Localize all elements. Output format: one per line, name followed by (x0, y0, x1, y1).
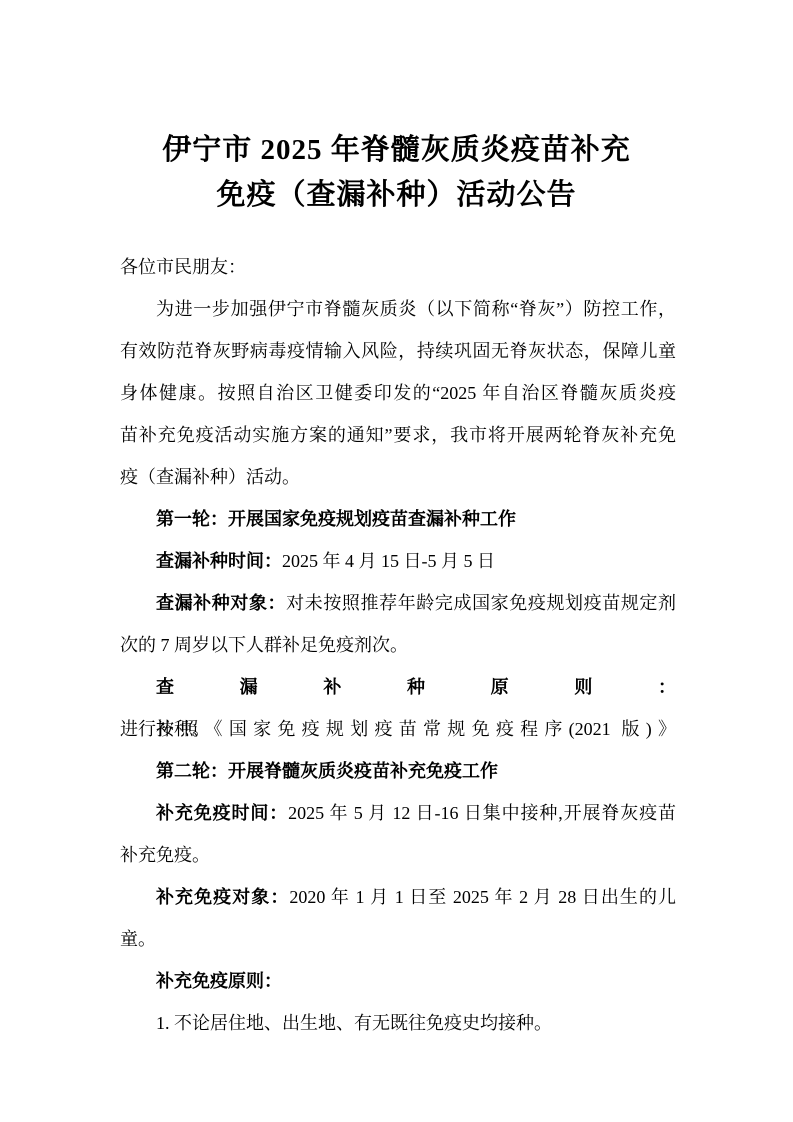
doc-line-salutation: 各位市民朋友： (120, 246, 676, 288)
line-regular-text: 为进一步加强伊宁市脊髓灰质炎（以下简称“脊灰”）防控工作， (156, 299, 676, 319)
line-regular-text: 童。 (120, 929, 156, 949)
doc-line-round1-time: 查漏补种时间：2025 年 4 月 15 日-5 月 5 日 (120, 540, 676, 582)
doc-line: 身体健康。按照自治区卫健委印发的“2025 年自治区脊髓灰质炎疫 (120, 372, 676, 414)
line-regular-text: 身体健康。按照自治区卫健委印发的“2025 年自治区脊髓灰质炎疫 (120, 383, 676, 403)
title-line-2: 免疫（查漏补种）活动公告 (0, 173, 793, 218)
line-regular-text: 次的 7 周岁以下人群补足免疫剂次。 (120, 635, 408, 655)
line-bold-text: 补充免疫时间： (156, 803, 288, 823)
line-regular-text: 按照《国家免疫规划疫苗常规免疫程序(2021 版)》 (156, 719, 676, 739)
line-bold-text: 第二轮：开展脊髓灰质炎疫苗补充免疫工作 (156, 761, 498, 781)
doc-heading-round-2: 第二轮：开展脊髓灰质炎疫苗补充免疫工作 (120, 750, 676, 792)
line-regular-text: 补充免疫。 (120, 845, 210, 865)
doc-line: 为进一步加强伊宁市脊髓灰质炎（以下简称“脊灰”）防控工作， (120, 288, 676, 330)
line-regular-text: 有效防范脊灰野病毒疫情输入风险，持续巩固无脊灰状态，保障儿童 (120, 341, 676, 361)
doc-line: 苗补充免疫活动实施方案的通知”要求，我市将开展两轮脊灰补充免 (120, 414, 676, 456)
doc-line: 有效防范脊灰野病毒疫情输入风险，持续巩固无脊灰状态，保障儿童 (120, 330, 676, 372)
doc-line: 补充免疫。 (120, 834, 676, 876)
line-bold-text: 查漏补种对象： (156, 593, 286, 613)
line-regular-text: 2025 年 4 月 15 日-5 月 5 日 (282, 551, 495, 571)
line-regular-text: 1. 不论居住地、出生地、有无既往免疫史均接种。 (156, 1013, 552, 1033)
doc-line: 次的 7 周岁以下人群补足免疫剂次。 (120, 624, 676, 666)
line-regular-text: 2025 年 5 月 12 日-16 日集中接种,开展脊灰疫苗 (288, 803, 676, 823)
doc-heading-round-1: 第一轮：开展国家免疫规划疫苗查漏补种工作 (120, 498, 676, 540)
line-regular-text: 疫（查漏补种）活动。 (120, 467, 300, 487)
doc-line-round2-time: 补充免疫时间：2025 年 5 月 12 日-16 日集中接种,开展脊灰疫苗 (120, 792, 676, 834)
document-page: 伊宁市 2025 年脊髓灰质炎疫苗补充 免疫（查漏补种）活动公告 各位市民朋友：… (0, 0, 793, 1122)
line-bold-text: 补充免疫对象： (156, 887, 289, 907)
doc-line-round2-target: 补充免疫对象：2020 年 1 月 1 日至 2025 年 2 月 28 日出生… (120, 876, 676, 918)
doc-line-round1-principle: 查漏补种原则：按照《国家免疫规划疫苗常规免疫程序(2021 版)》 (120, 666, 676, 708)
line-regular-text: 各位市民朋友： (120, 257, 246, 277)
line-bold-text: 查漏补种时间： (156, 551, 282, 571)
line-regular-text: 进行补种。 (120, 719, 210, 739)
line-bold-text: 补充免疫原则： (156, 971, 282, 991)
doc-line: 童。 (120, 918, 676, 960)
line-bold-text: 查漏补种原则： (156, 677, 676, 697)
document-title: 伊宁市 2025 年脊髓灰质炎疫苗补充 免疫（查漏补种）活动公告 (0, 128, 793, 218)
line-bold-text: 第一轮：开展国家免疫规划疫苗查漏补种工作 (156, 509, 516, 529)
doc-line: 疫（查漏补种）活动。 (120, 456, 676, 498)
line-regular-text: 2020 年 1 月 1 日至 2025 年 2 月 28 日出生的儿 (289, 887, 676, 907)
doc-line-round2-principle: 补充免疫原则： (120, 960, 676, 1002)
doc-line-principle-item-1: 1. 不论居住地、出生地、有无既往免疫史均接种。 (120, 1002, 676, 1044)
title-line-1: 伊宁市 2025 年脊髓灰质炎疫苗补充 (0, 128, 793, 173)
line-regular-text: 苗补充免疫活动实施方案的通知”要求，我市将开展两轮脊灰补充免 (120, 425, 676, 445)
doc-line-round1-target: 查漏补种对象：对未按照推荐年龄完成国家免疫规划疫苗规定剂 (120, 582, 676, 624)
document-body: 各位市民朋友： 为进一步加强伊宁市脊髓灰质炎（以下简称“脊灰”）防控工作， 有效… (120, 246, 676, 1044)
line-regular-text: 对未按照推荐年龄完成国家免疫规划疫苗规定剂 (286, 593, 676, 613)
